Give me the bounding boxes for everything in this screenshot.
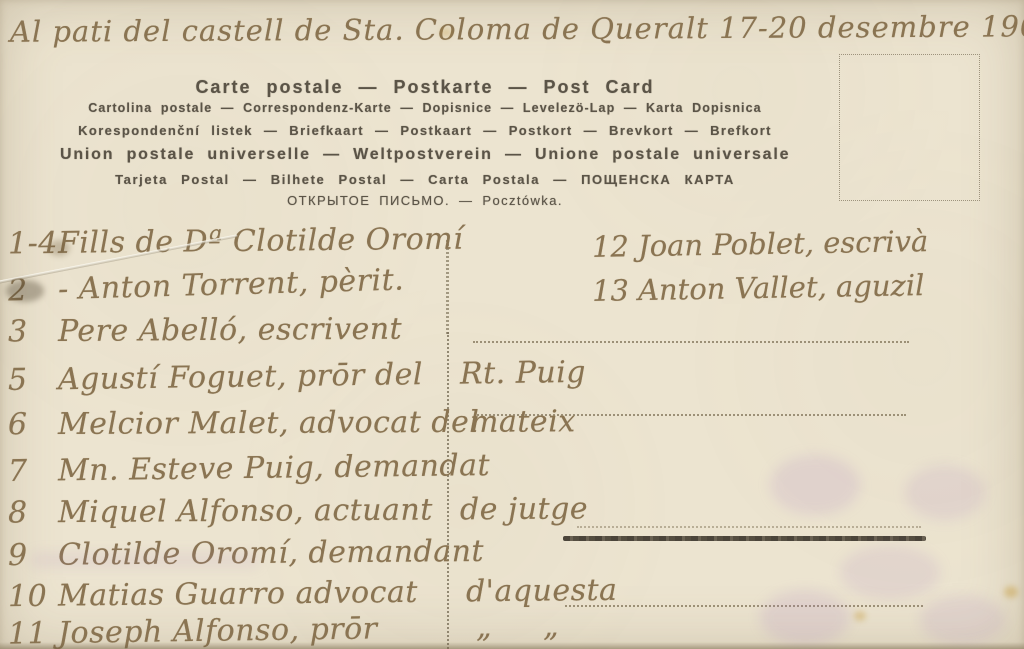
list-line-10: 10Matias Guarro advocat d'aquesta xyxy=(8,575,418,614)
header-line-5: Tarjeta Postal — Bilhete Postal — Carta … xyxy=(60,172,790,187)
handwritten-caption: Al pati del castell de Sta. Coloma de Qu… xyxy=(10,9,1024,48)
list-number: 12 xyxy=(592,229,639,264)
center-divider xyxy=(447,332,449,649)
list-number: 6 xyxy=(8,407,58,442)
purple-stain xyxy=(770,455,860,515)
list-number: 5 xyxy=(8,362,58,398)
list-text-right: mateix xyxy=(470,404,576,440)
list-text: Pere Abelló, escrivent xyxy=(58,312,402,349)
purple-stain xyxy=(905,465,985,520)
address-line-5 xyxy=(565,605,923,607)
list-number: 7 xyxy=(8,453,58,489)
ditto-marks: „ „ xyxy=(476,609,559,645)
stamp-box xyxy=(839,54,980,201)
purple-stain xyxy=(920,595,1005,645)
list-line-7: 7Mn. Esteve Puig, demandat xyxy=(8,448,490,489)
header-line-4: Union postale universelle — Weltpostvere… xyxy=(60,146,790,164)
list-text: Matias Guarro advocat xyxy=(58,575,418,614)
list-number: 13 xyxy=(592,273,639,308)
dark-smudge xyxy=(6,280,44,302)
list-line-6: 6Melcior Malet, advocat del mateix xyxy=(8,405,480,442)
list-text: Melcior Malet, advocat del xyxy=(58,405,480,442)
ink-smudge xyxy=(48,240,70,256)
list-text: Miquel Alfonso, actuant xyxy=(58,493,433,531)
list-number: 10 xyxy=(8,579,58,615)
address-line-1 xyxy=(473,341,909,343)
address-line-3 xyxy=(577,526,921,528)
purple-stain xyxy=(840,545,940,600)
address-line-4-heavy xyxy=(563,536,926,541)
list-line-8: 8Miquel Alfonso, actuant de jutge xyxy=(8,493,433,531)
header-line-3: Korespondenční listek — Briefkaart — Pos… xyxy=(60,123,790,138)
list-line-3: 3Pere Abelló, escrivent xyxy=(8,312,402,350)
list-number: 3 xyxy=(8,314,58,349)
yellow-spot xyxy=(440,28,452,37)
list-number: 8 xyxy=(8,495,58,530)
purple-stain xyxy=(760,590,850,645)
yellow-spot xyxy=(1004,586,1018,598)
list-text: Agustí Foguet, prōr del xyxy=(58,357,423,397)
list-text: - Anton Torrent, pèrit. xyxy=(58,262,405,307)
list-text-right: d'aquesta xyxy=(466,573,618,610)
scan-edge-shadow xyxy=(0,642,1024,649)
list-line-12: 12Joan Poblet, escrivà xyxy=(592,224,929,264)
list-line-13: 13Anton Vallet, aguzil xyxy=(592,268,925,308)
header-line-1: Carte postale — Postkarte — Post Card xyxy=(60,77,790,98)
header-line-2: Cartolina postale — Correspondenz-Karte … xyxy=(60,101,790,115)
list-text: Anton Vallet, aguzil xyxy=(638,268,925,307)
header-line-6: ОТКРЫТОЕ ПИСЬМО. — Pocztówka. xyxy=(60,193,790,208)
list-text-right: de jutge xyxy=(460,491,588,527)
list-line-5: 5Agustí Foguet, prōr del Rt. Puig xyxy=(8,357,423,398)
postcard-back: Al pati del castell de Sta. Coloma de Qu… xyxy=(0,0,1024,649)
list-text: Joan Poblet, escrivà xyxy=(638,224,929,263)
list-text: Fills de Dª Clotilde Oromí xyxy=(58,222,464,261)
purple-smear xyxy=(30,552,260,568)
yellow-spot xyxy=(854,611,866,621)
list-text: Mn. Esteve Puig, demandat xyxy=(58,448,490,488)
list-line-1: 1-4Fills de Dª Clotilde Oromí xyxy=(8,222,464,262)
list-text-right: Rt. Puig xyxy=(460,355,587,392)
